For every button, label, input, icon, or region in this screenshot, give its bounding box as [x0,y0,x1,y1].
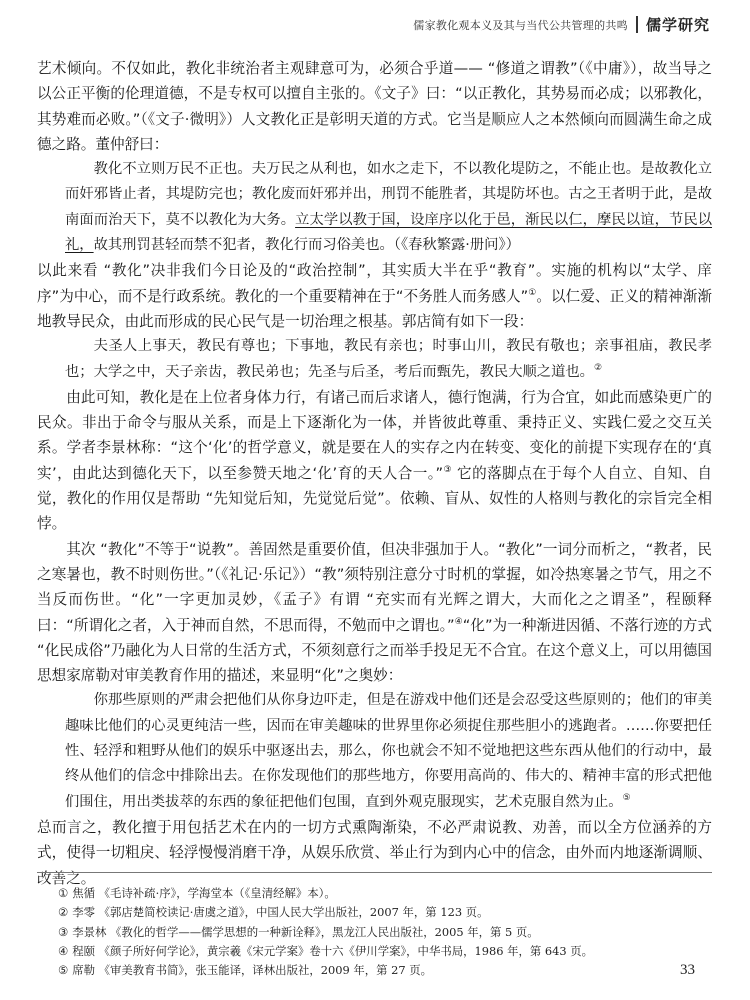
footnote-text: 程颐 《颜子所好何学论》，黄宗羲《宋元学案》卷十六《伊川学案》，中华书局，198… [72,944,593,958]
paragraph-2: 以此来看 “教化”决非我们今日论及的“政治控制”，其实质大半在乎“教育”。实施的… [37,258,712,334]
footnote-ref-4[interactable]: ④ [455,617,463,627]
block-quote-schiller: 你那些原则的严肃会把他们从你身边吓走，但是在游戏中他们还是会忍受这些原则的；他们… [65,688,712,814]
footnote-number: ④ [58,944,68,958]
article-body: 艺术倾向。不仅如此，教化非统治者主观肆意可为，必须合乎道—— “修道之谓教”（《… [37,56,712,891]
footnote-number: ② [58,905,68,919]
footnote-text: 李景林 《教化的哲学——儒学思想的一种新诠释》，黑龙江人民出版社，2005 年，… [72,925,538,939]
footnote-3: ③李景林 《教化的哲学——儒学思想的一种新诠释》，黑龙江人民出版社，2005 年… [58,923,718,942]
quote-text: 你那些原则的严肃会把他们从你身边吓走，但是在游戏中他们还是会忍受这些原则的；他们… [65,692,712,809]
quote-text: 夫圣人上事天，教民有尊也；下事地，教民有亲也；时事山川，教民有敬也；亲事祖庙，教… [65,338,712,379]
footnote-divider [37,872,712,873]
footnote-2: ②李零 《郭店楚简校读记·唐虞之道》，中国人民大学出版社，2007 年，第 12… [58,903,718,922]
block-quote-dong-zhongshu: 教化不立则万民不正也。夫万民之从利也，如水之走下，不以教化堤防之，不能止也。是故… [65,157,712,258]
footnote-ref-2[interactable]: ② [594,363,602,373]
section-title: 儒学研究 [646,14,710,35]
footnote-4: ④程颐 《颜子所好何学论》，黄宗羲《宋元学案》卷十六《伊川学案》，中华书局，19… [58,942,718,961]
footnote-1: ①焦循 《毛诗补疏·序》，学海堂本（《皇清经解》本）。 [58,884,718,903]
block-quote-guodian: 夫圣人上事天，教民有尊也；下事地，教民有亲也；时事山川，教民有敬也；亲事祖庙，教… [65,334,712,385]
paragraph-3: 由此可知，教化是在上位者身体力行，有诸己而后求诸人，德行饱满，行为合宜，如此而感… [37,385,712,537]
footnote-text: 焦循 《毛诗补疏·序》，学海堂本（《皇清经解》本）。 [72,886,336,900]
footnote-number: ③ [58,925,68,939]
footnotes: ①焦循 《毛诗补疏·序》，学海堂本（《皇清经解》本）。 ②李零 《郭店楚简校读记… [58,884,718,980]
header-divider [636,16,638,33]
paragraph-1: 艺术倾向。不仅如此，教化非统治者主观肆意可为，必须合乎道—— “修道之谓教”（《… [37,56,712,157]
footnote-text: 席勒 《审美教育书简》，张玉能译，译林出版社，2009 年，第 27 页。 [72,963,432,977]
footnote-number: ① [58,886,68,900]
paragraph-4: 其次 “教化”不等于“说教”。善固然是重要价值，但决非强加于人。“教化”一词分而… [37,537,712,689]
paragraph-5: 总而言之，教化擅于用包括艺术在内的一切方式熏陶渐染，不必严肃说教、劝善，而以全方… [37,815,712,891]
page-number: 33 [680,962,695,979]
quote-text: 故其刑罚甚轻而禁不犯者，教化行而习俗美也。（《春秋繁露·册问》） [94,237,520,253]
running-title: 儒家教化观本义及其与当代公共管理的共鸣 [413,17,628,33]
footnote-ref-5[interactable]: ⑤ [623,793,631,803]
running-header: 儒家教化观本义及其与当代公共管理的共鸣 儒学研究 [413,14,710,35]
footnote-text: 李零 《郭店楚简校读记·唐虞之道》，中国人民大学出版社，2007 年，第 123… [72,905,488,919]
footnote-ref-3[interactable]: ③ [443,465,452,475]
footnote-5: ⑤席勒 《审美教育书简》，张玉能译，译林出版社，2009 年，第 27 页。 [58,961,718,980]
footnote-number: ⑤ [58,963,68,977]
